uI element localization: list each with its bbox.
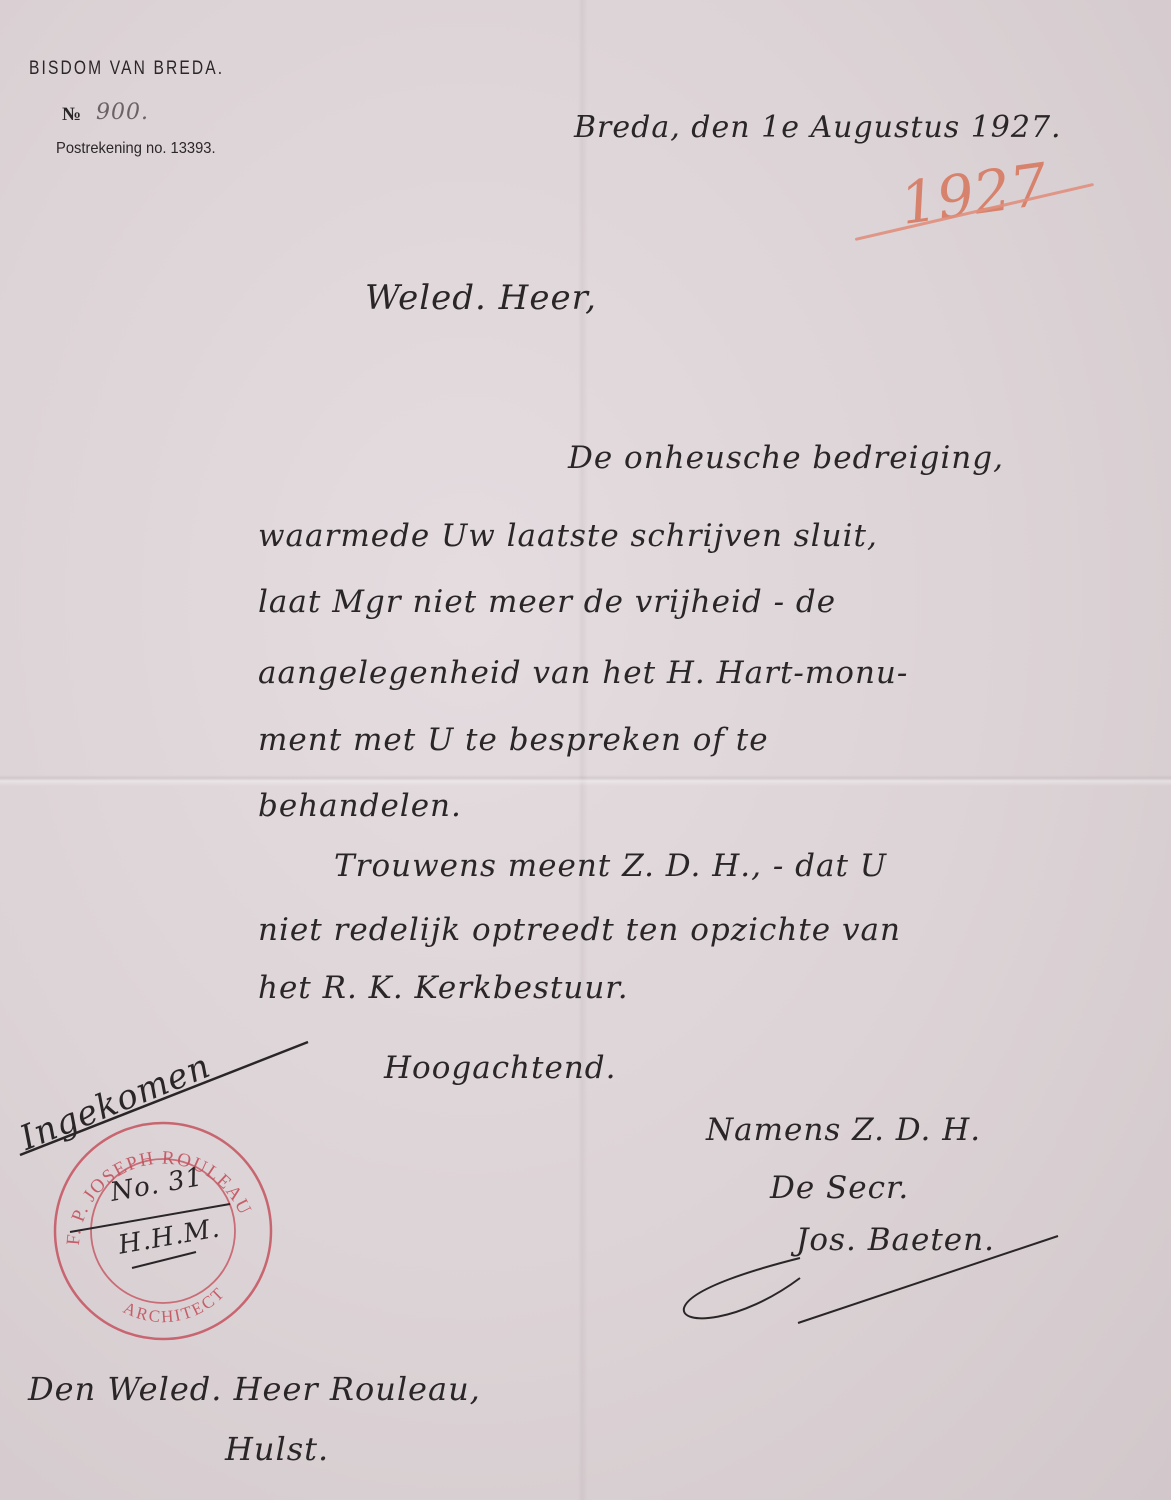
dateline: Breda, den 1e Augustus 1927. (574, 110, 1062, 145)
body-line: ment met U te bespreken of te (258, 722, 769, 758)
postal-account: Postrekening no. 13393. (56, 140, 216, 158)
stamp-bottom-text: ARCHITECT (121, 1283, 229, 1326)
letterhead-number-label: № (62, 104, 81, 126)
body-line: het R. K. Kerkbestuur. (258, 970, 629, 1006)
letterhead-organization: BISDOM VAN BREDA. (29, 58, 224, 80)
addressee: Den Weled. Heer Rouleau, (28, 1370, 481, 1408)
closing: Hoogachtend. (384, 1050, 616, 1086)
body-line: waarmede Uw laatste schrijven sluit, (258, 518, 878, 554)
signature-flourish (680, 1228, 1060, 1328)
svg-text:ARCHITECT: ARCHITECT (121, 1283, 229, 1326)
letterhead-number-value: 900. (96, 100, 149, 125)
letter-page: BISDOM VAN BREDA. № 900. Postrekening no… (0, 0, 1171, 1500)
body-line: Trouwens meent Z. D. H., - dat U (334, 848, 887, 884)
signature-on-behalf: Namens Z. D. H. (706, 1112, 981, 1148)
body-line: De onheusche bedreiging, (568, 440, 1004, 476)
signature-title: De Secr. (770, 1170, 909, 1206)
body-line: aangelegenheid van het H. Hart-monu- (258, 655, 908, 691)
body-line: niet redelijk optreedt ten opzichte van (258, 912, 901, 948)
body-line: laat Mgr niet meer de vrijheid - de (258, 584, 836, 620)
body-line: behandelen. (258, 788, 462, 824)
salutation: Weled. Heer, (365, 278, 597, 318)
addressee-place: Hulst. (225, 1430, 329, 1468)
